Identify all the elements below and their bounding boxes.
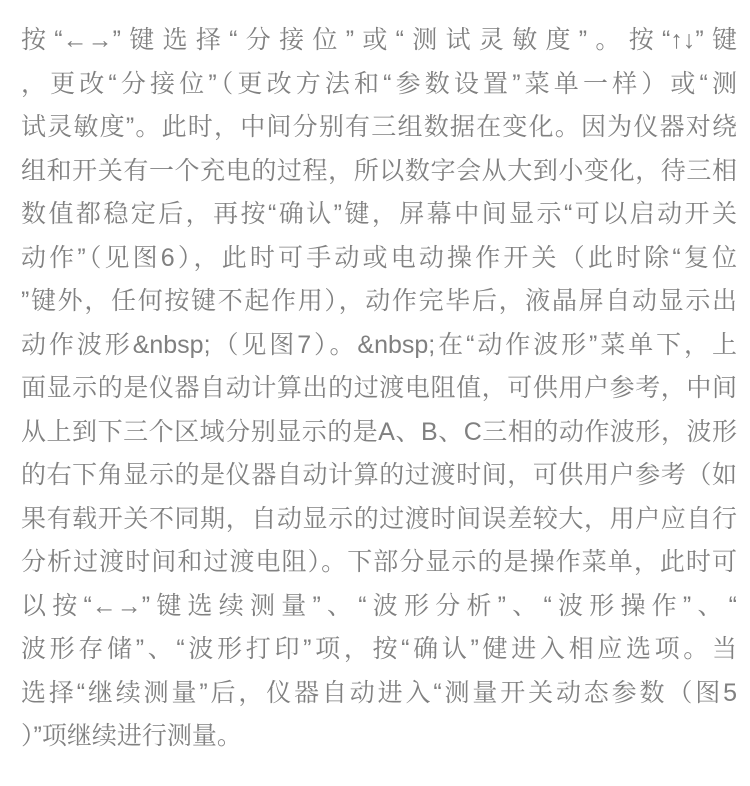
text-line: 从上到下三个区域分别显示的是A、B、C三相的动作波形，波形 xyxy=(21,411,737,455)
text-line: ）”项继续进行测量。 xyxy=(21,715,737,759)
text-line: 以按“←→”键选续测量”、“波形分析”、“波形操作”、“ xyxy=(21,585,737,629)
text-line: 的右下角显示的是仪器自动计算的过渡时间，可供用户参考（如 xyxy=(21,454,737,498)
text-line: 选择“继续测量”后，仪器自动进入“测量开关动态参数（图5 xyxy=(21,672,737,716)
text-line: 果有载开关不同期，自动显示的过渡时间误差较大，用户应自行 xyxy=(21,498,737,542)
text-line: 动作”（见图6），此时可手动或电动操作开关（此时除“复位 xyxy=(21,237,737,281)
text-line: 组和开关有一个充电的过程，所以数字会从大到小变化，待三相 xyxy=(21,150,737,194)
text-line: ”键外，任何按键不起作用），动作完毕后，液晶屏自动显示出 xyxy=(21,280,737,324)
text-line: 面显示的是仪器自动计算出的过渡电阻值，可供用户参考，中间 xyxy=(21,367,737,411)
text-line: 动作波形&nbsp;（见图7）。&nbsp;在“动作波形”菜单下，上 xyxy=(21,324,737,368)
text-line: 波形存储”、“波形打印”项，按“确认”健进入相应选项。当 xyxy=(21,628,737,672)
instruction-paragraph: 按“←→”键选择“分接位”或“测试灵敏度”。按“↑↓”键 ，更改“分接位”（更改… xyxy=(0,0,750,759)
text-line: 按“←→”键选择“分接位”或“测试灵敏度”。按“↑↓”键 xyxy=(21,19,737,63)
text-line: 试灵敏度”。此时，中间分别有三组数据在变化。因为仪器对绕 xyxy=(21,106,737,150)
text-line: ，更改“分接位”（更改方法和“参数设置”菜单一样）或“测 xyxy=(21,63,737,107)
text-line: 数值都稳定后，再按“确认”键，屏幕中间显示“可以启动开关 xyxy=(21,193,737,237)
text-line: 分析过渡时间和过渡电阻）。下部分显示的是操作菜单，此时可 xyxy=(21,541,737,585)
